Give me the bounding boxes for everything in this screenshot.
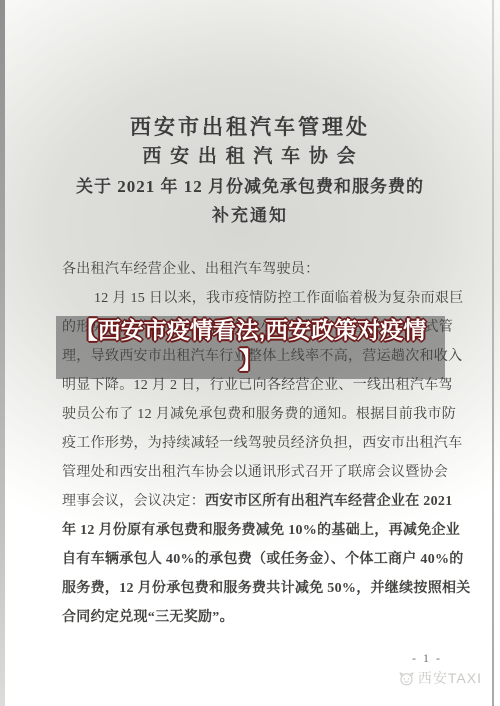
watermark-label: 西安TAXI [418, 668, 482, 688]
title-notice-type: 补充通知 [30, 201, 470, 230]
body-line: 疫工作形势，为持续减轻一线驾驶员经济负担，西安市出租汽车 [62, 429, 466, 458]
body-line: 各出租汽车经营企业、出租汽车驾驶员： [62, 255, 466, 284]
title-subject: 关于 2021 年 12 月份减免承包费和服务费的 [30, 172, 470, 201]
body-line: 12 月 15 日以来，我市疫情防控工作面临着极为复杂而艰巨 [62, 284, 466, 313]
body-line: 自有车辆承包人 40%的承包费（或任务金）、个体工商户 40%的 [62, 545, 466, 574]
caption-overlay-band: 【西安市疫情看法,西安政策对疫情 】 [56, 316, 445, 379]
document-photo: 西安市出租汽车管理处 西 安 出 租 汽 车 协 会 关于 2021 年 12 … [0, 0, 500, 706]
photo-left-edge [0, 0, 5, 706]
body-line: 合同约定兑现“三无奖励”。 [62, 603, 466, 632]
body-line: 驶员公布了 12 月减免承包费和服务费的通知。根据目前我市防 [62, 400, 466, 429]
document-body: 各出租汽车经营企业、出租汽车驾驶员：12 月 15 日以来，我市疫情防控工作面临… [62, 255, 466, 632]
paper-right-edge [492, 0, 494, 706]
body-line: 管理处和西安出租汽车协会以通讯形式召开了联席会议暨协会 [62, 458, 466, 487]
document-title: 西安市出租汽车管理处 西 安 出 租 汽 车 协 会 关于 2021 年 12 … [30, 112, 470, 230]
body-line: 年 12 月份原有承包费和服务费减免 10%的基础上，再减免企业 [62, 516, 466, 545]
taxi-mascot-icon [398, 670, 415, 687]
body-line: 理事会议，会议决定：西安市区所有出租汽车经营企业在 2021 [62, 487, 466, 516]
title-org-2: 西 安 出 租 汽 车 协 会 [30, 142, 470, 172]
page-number: - 1 - [412, 651, 442, 666]
body-line: 服务费，12 月份承包费和服务费共计减免 50%，并继续按照相关 [62, 574, 466, 603]
caption-overlay-line2: 】 [239, 345, 262, 375]
watermark: 西安TAXI [398, 668, 482, 688]
caption-overlay-line1: 【西安市疫情看法,西安政策对疫情 [75, 316, 426, 345]
title-org-1: 西安市出租汽车管理处 [30, 112, 470, 142]
